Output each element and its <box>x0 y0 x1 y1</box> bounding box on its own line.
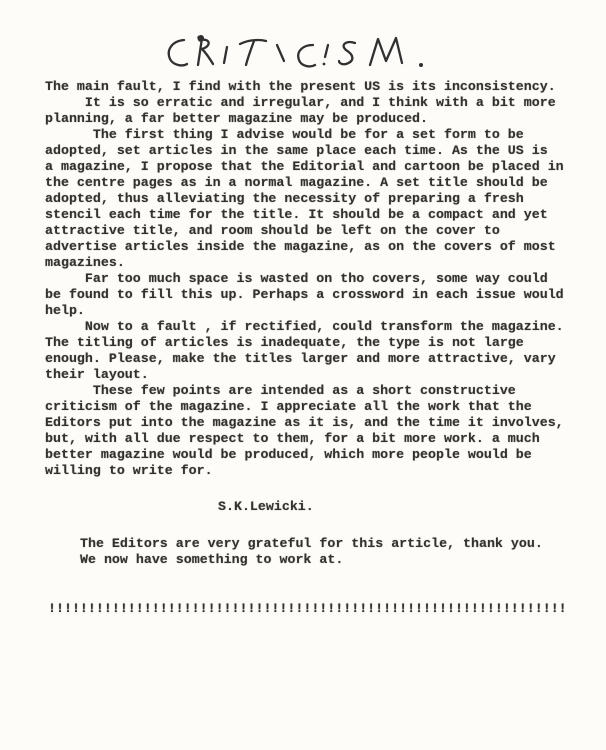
text-line: advertise articles inside the magazine, … <box>45 239 580 255</box>
text-line: The Editors are very grateful for this a… <box>80 536 580 552</box>
text-line: planning, a far better magazine may be p… <box>45 111 580 127</box>
text-line: magazines. <box>45 255 580 271</box>
editors-note: The Editors are very grateful for this a… <box>80 536 580 568</box>
text-line: It is so erratic and irregular, and I th… <box>45 95 580 111</box>
text-line: We now have something to work at. <box>80 552 580 568</box>
text-line: criticism of the magazine. I appreciate … <box>45 399 580 415</box>
text-line: The main fault, I find with the present … <box>45 79 580 95</box>
text-line: The titling of articles is inadequate, t… <box>45 335 580 351</box>
text-line: adopted, set articles in the same place … <box>45 143 580 159</box>
text-line: their layout. <box>45 367 580 383</box>
text-line: stencil each time for the title. It shou… <box>45 207 580 223</box>
text-line: The first thing I advise would be for a … <box>45 127 580 143</box>
text-line: attractive title, and room should be lef… <box>45 223 580 239</box>
text-line: the centre pages as in a normal magazine… <box>45 175 580 191</box>
signature: S.K.Lewicki. <box>218 499 580 515</box>
text-line: help. <box>45 303 580 319</box>
text-line: be found to fill this up. Perhaps a cros… <box>45 287 580 303</box>
text-line: Now to a fault , if rectified, could tra… <box>45 319 580 335</box>
text-line: These few points are intended as a short… <box>45 383 580 399</box>
text-line: willing to write for. <box>45 463 580 479</box>
typewritten-page: CRITICISM. The main fault, I find with t… <box>0 0 606 750</box>
page-title: CRITICISM. <box>158 26 446 82</box>
text-line: enough. Please, make the titles larger a… <box>45 351 580 367</box>
text-line: Editors put into the magazine as it is, … <box>45 415 580 431</box>
text-line: better magazine would be produced, which… <box>45 447 580 463</box>
text-line: Far too much space is wasted on tho cove… <box>45 271 580 287</box>
text-line: a magazine, I propose that the Editorial… <box>45 159 580 175</box>
text-line: adopted, thus alleviating the necessity … <box>45 191 580 207</box>
text-line: but, with all due respect to them, for a… <box>45 431 580 447</box>
body-text: The main fault, I find with the present … <box>45 79 580 617</box>
exclamation-divider: !!!!!!!!!!!!!!!!!!!!!!!!!!!!!!!!!!!!!!!!… <box>48 601 580 617</box>
title-criticism-handwriting <box>158 26 446 82</box>
